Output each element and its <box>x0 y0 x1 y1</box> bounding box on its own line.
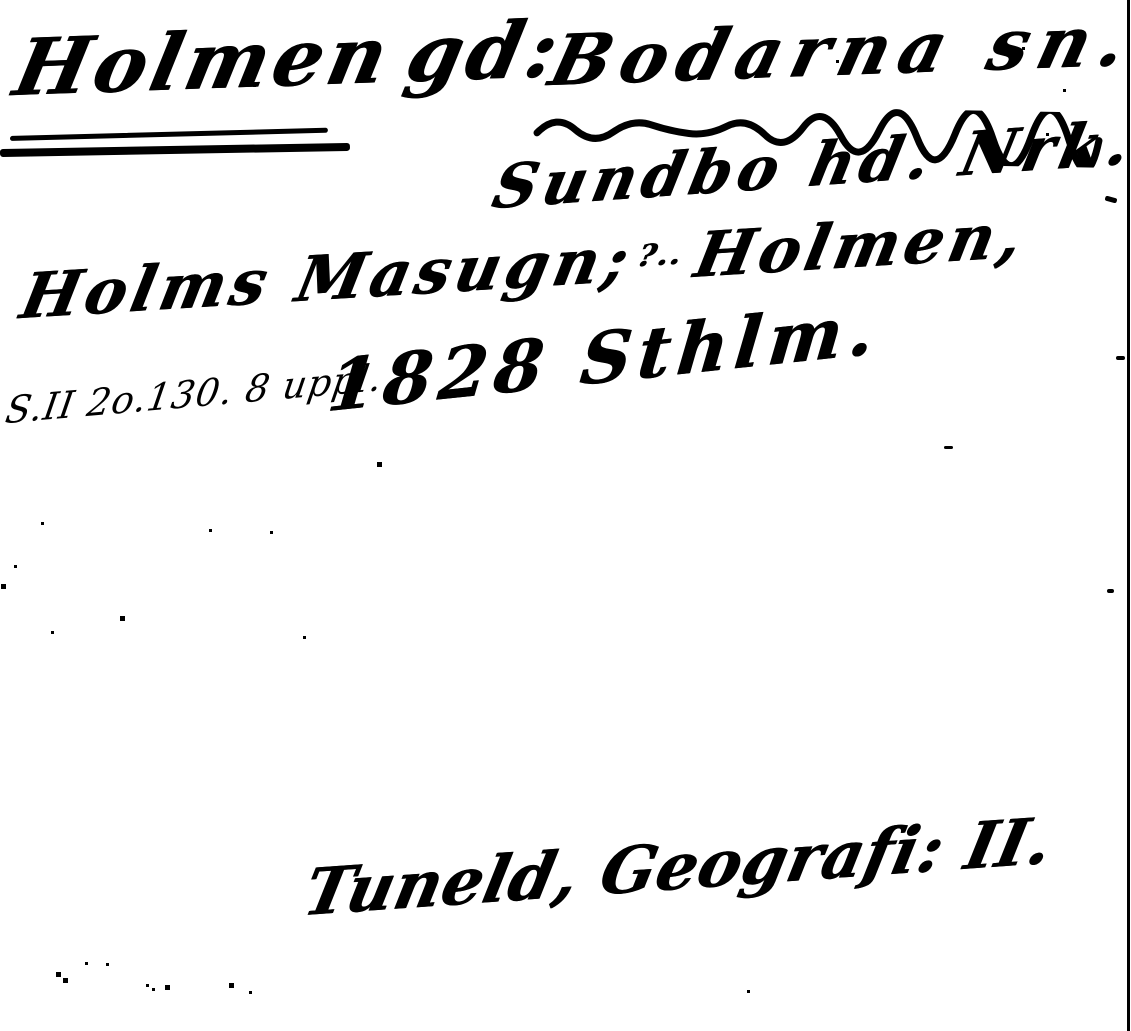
headword-underline-lower <box>0 143 350 157</box>
index-card: Holmengd: Bodarna sn. Sundbo hd. Nrk. Ho… <box>0 0 1131 1031</box>
headword-line: Holmengd: <box>8 11 569 109</box>
name-form: Holms Masugn; <box>15 222 640 333</box>
source-citation: Tuneld, Geografi: II. <box>298 809 1058 926</box>
headword: Holmen <box>6 10 400 115</box>
ink-stray-mark <box>1105 196 1118 204</box>
scan-edge-line <box>1127 0 1130 1031</box>
parish-name: Bodarna sn. <box>543 5 1131 96</box>
name-form-continued: Holmen, <box>688 198 1033 292</box>
scan-specks <box>0 0 3 3</box>
query-mark: ?.. <box>634 236 686 274</box>
headword-underline-upper <box>10 128 328 141</box>
ink-stray-mark <box>1107 589 1114 593</box>
ink-stray-mark <box>1116 356 1125 360</box>
year-place: 1828 Sthlm. <box>324 293 883 422</box>
ink-stray-mark <box>944 446 953 449</box>
